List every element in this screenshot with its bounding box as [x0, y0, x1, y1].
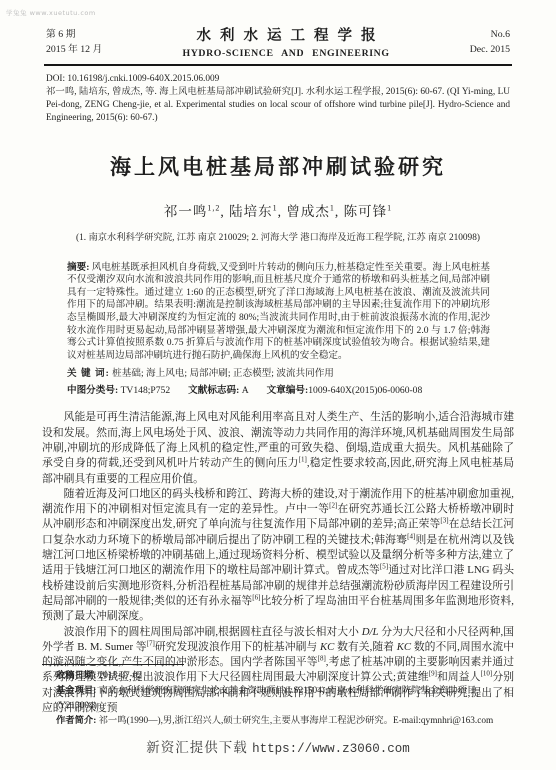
doc-code-pair: 文献标志码: A: [188, 384, 249, 398]
paper-page: 学兔兔 www.xuetutu.com 第 6 期 2015 年 12 月 水利…: [0, 0, 556, 770]
classification-line: 中图分类号: TV148;P752 文献标志码: A 文章编号:1009-640…: [67, 384, 490, 398]
funding-label: 基金项目:: [56, 686, 96, 696]
article-title: 海上风电桩基局部冲刷试验研究: [0, 151, 556, 181]
clc-label: 中图分类号:: [67, 385, 118, 396]
doc-code-value: A: [239, 385, 248, 396]
footnote-block: 收稿日期: 2015-07-02 基金项目: 南京水利科学研究院研究生论文基金资…: [42, 664, 514, 729]
funding-row: 基金项目: 南京水利科学研究院研究生论文基金资助项目(LS21504);南京水利…: [56, 684, 514, 714]
body-paragraph: 随着近海及河口地区的码头栈桥和跨江、跨海大桥的建设,对于潮流作用下的桩基冲刷愈加…: [42, 487, 514, 625]
keywords-label: 关 键 词:: [67, 368, 110, 379]
clc-value: TV148;P752: [118, 385, 170, 396]
journal-title-block: 水利水运工程学报 HYDRO-SCIENCE AND ENGINEERING: [183, 24, 390, 59]
issue-date-en: Dec. 2015: [470, 42, 510, 57]
header-issue-left: 第 6 期 2015 年 12 月: [46, 27, 102, 57]
header-issue-right: No.6 Dec. 2015: [470, 27, 510, 57]
clc-pair: 中图分类号: TV148;P752: [67, 384, 170, 398]
keywords-line: 关 键 词: 桩基础; 海上风电; 局部冲刷; 正态模型; 波流共同作用: [67, 367, 490, 380]
top-watermark: 学兔兔 www.xuetutu.com: [6, 8, 96, 17]
article-no-pair: 文章编号:1009-640X(2015)06-0060-08: [267, 384, 423, 398]
bottom-watermark: 新资汇提供下载 https://www.z3060.com: [0, 736, 556, 756]
journal-title-en: HYDRO-SCIENCE AND ENGINEERING: [183, 48, 390, 59]
author-line: 祁一鸣1,2, 陆培东1, 曾成杰1, 陈可锋1: [0, 200, 556, 220]
article-no-label: 文章编号:: [267, 385, 309, 396]
doi-line: DOI: 10.16198/j.cnki.1009-640X.2015.06.0…: [46, 73, 510, 86]
received-date-value: 2015-07-02: [96, 671, 142, 681]
funding-value: 南京水利科学研究院研究生论文基金资助项目(LS21504);南京水利科学研究院院…: [56, 686, 476, 711]
citation-text: 祁一鸣, 陆培东, 曾成杰, 等. 海上风电桩基局部冲刷试验研究[J]. 水利水…: [46, 86, 510, 126]
author-bio-row: 作者简介: 祁一鸣(1990—),男,浙江绍兴人,硕士研究生,主要从事海岸工程泥…: [56, 714, 514, 729]
keywords-text: 桩基础; 海上风电; 局部冲刷; 正态模型; 波流共同作用: [110, 368, 334, 379]
footnote-rule: [42, 664, 184, 665]
journal-header: 第 6 期 2015 年 12 月 水利水运工程学报 HYDRO-SCIENCE…: [46, 24, 510, 59]
bottom-watermark-url: https://www.z3060.com: [252, 742, 410, 756]
issue-number-cn: 第 6 期: [46, 27, 102, 42]
author-bio-value: 祁一鸣(1990—),男,浙江绍兴人,硕士研究生,主要从事海岸工程泥沙研究。E-…: [96, 716, 493, 726]
abstract-label: 摘要:: [67, 262, 89, 273]
journal-title-cn: 水利水运工程学报: [183, 24, 390, 45]
doc-code-label: 文献标志码:: [188, 385, 239, 396]
affiliation-line: (1. 南京水利科学研究院, 江苏 南京 210029; 2. 河海大学 港口海…: [0, 229, 556, 243]
issue-date-cn: 2015 年 12 月: [46, 42, 102, 57]
abstract-text: 风电桩基既承担风机自身荷载,又受到叶片转动的侧向压力,桩基稳定性至关重要。海上风…: [67, 262, 490, 361]
body-paragraph: 风能是可再生清洁能源,海上风电对风能利用率高且对人类生产、生活的影响小,适合沿海…: [42, 410, 514, 486]
author-bio-label: 作者简介:: [56, 716, 96, 726]
issue-number-en: No.6: [470, 27, 510, 42]
received-date-row: 收稿日期: 2015-07-02: [56, 669, 514, 684]
article-no-value: 1009-640X(2015)06-0060-08: [308, 385, 422, 396]
bottom-watermark-text: 新资汇提供下载: [146, 740, 252, 755]
received-date-label: 收稿日期:: [56, 671, 96, 681]
header-rule: [44, 64, 512, 66]
abstract-block: 摘要: 风电桩基既承担风机自身荷载,又受到叶片转动的侧向压力,桩基稳定性至关重要…: [67, 262, 490, 363]
